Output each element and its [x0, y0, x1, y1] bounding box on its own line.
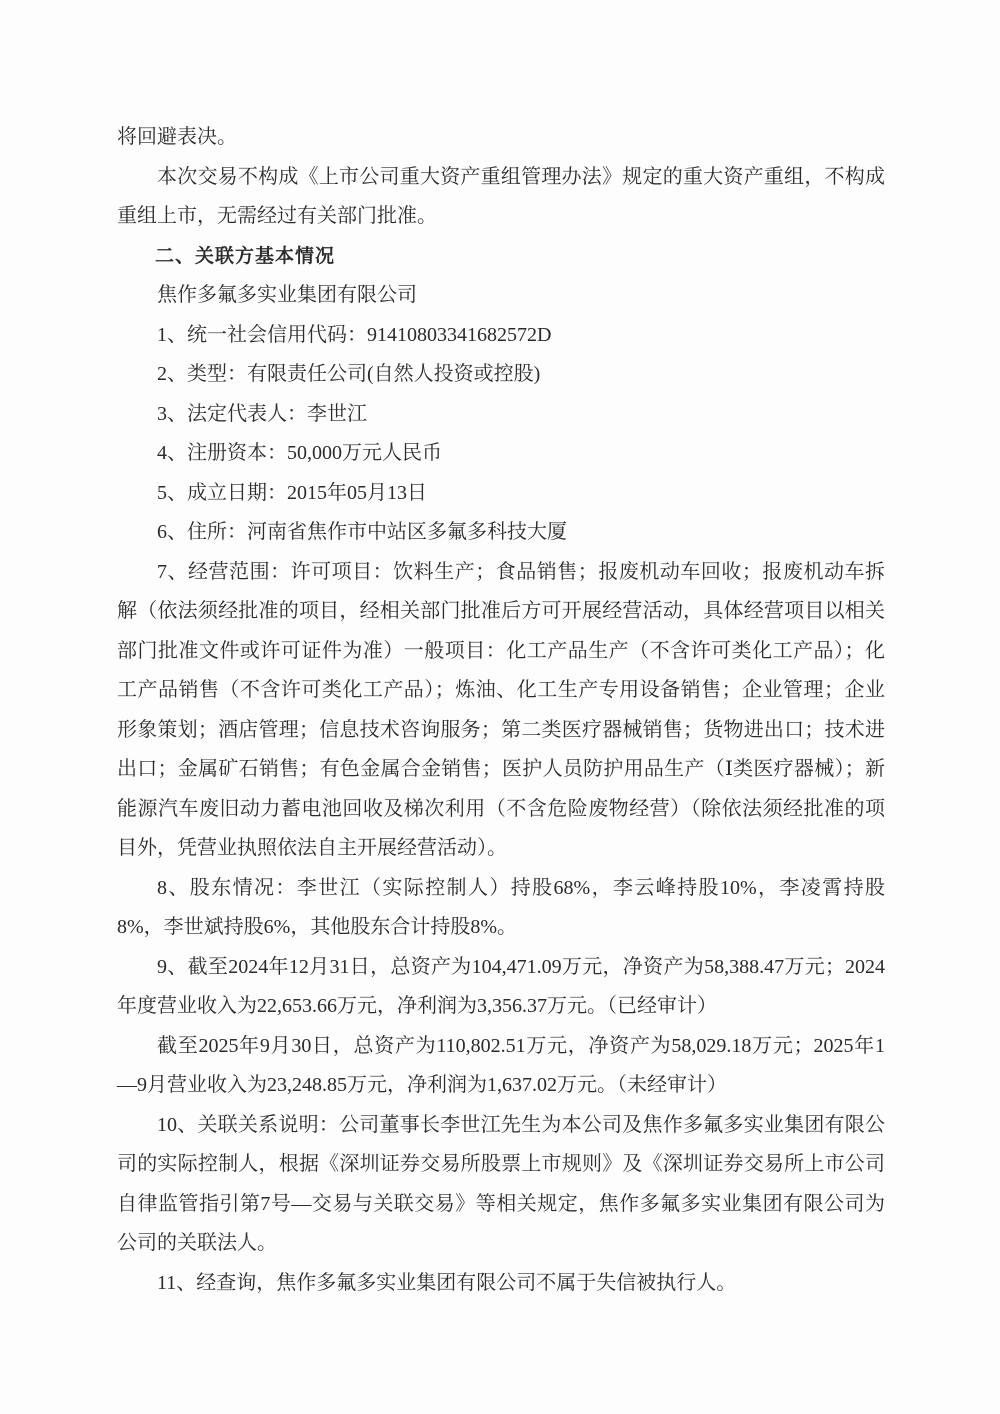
item-affiliation-explanation: 10、关联关系说明：公司董事长李世江先生为本公司及焦作多氟多实业集团有限公司的实…	[117, 1106, 885, 1264]
item-legal-representative: 3、法定代表人：李世江	[117, 395, 885, 435]
related-party-company-name: 焦作多氟多实业集团有限公司	[117, 276, 885, 316]
item-financials-2024: 9、截至2024年12月31日，总资产为104,471.09万元，净资产为58,…	[117, 948, 885, 1027]
item-unified-social-credit-code: 1、统一社会信用代码：91410803341682572D	[117, 316, 885, 356]
item-registered-capital: 4、注册资本：50,000万元人民币	[117, 434, 885, 474]
item-business-scope: 7、经营范围：许可项目：饮料生产；食品销售；报废机动车回收；报废机动车拆解（依法…	[117, 553, 885, 869]
paragraph-abstain-from-voting: 将回避表决。	[117, 118, 885, 158]
section-heading-related-party-basics: 二、关联方基本情况	[117, 237, 885, 277]
document-body: 将回避表决。 本次交易不构成《上市公司重大资产重组管理办法》规定的重大资产重组，…	[117, 118, 885, 1303]
item-company-type: 2、类型：有限责任公司(自然人投资或控股)	[117, 355, 885, 395]
item-financials-2025: 截至2025年9月30日，总资产为110,802.51万元，净资产为58,029…	[117, 1027, 885, 1106]
document-page: 将回避表决。 本次交易不构成《上市公司重大资产重组管理办法》规定的重大资产重组，…	[0, 0, 1000, 1414]
item-dishonest-executee-check: 11、经查询，焦作多氟多实业集团有限公司不属于失信被执行人。	[117, 1264, 885, 1304]
paragraph-transaction-statement: 本次交易不构成《上市公司重大资产重组管理办法》规定的重大资产重组，不构成重组上市…	[117, 158, 885, 237]
item-registered-address: 6、住所：河南省焦作市中站区多氟多科技大厦	[117, 513, 885, 553]
item-establishment-date: 5、成立日期：2015年05月13日	[117, 474, 885, 514]
item-shareholder-structure: 8、股东情况：李世江（实际控制人）持股68%，李云峰持股10%，李凌霄持股8%，…	[117, 869, 885, 948]
